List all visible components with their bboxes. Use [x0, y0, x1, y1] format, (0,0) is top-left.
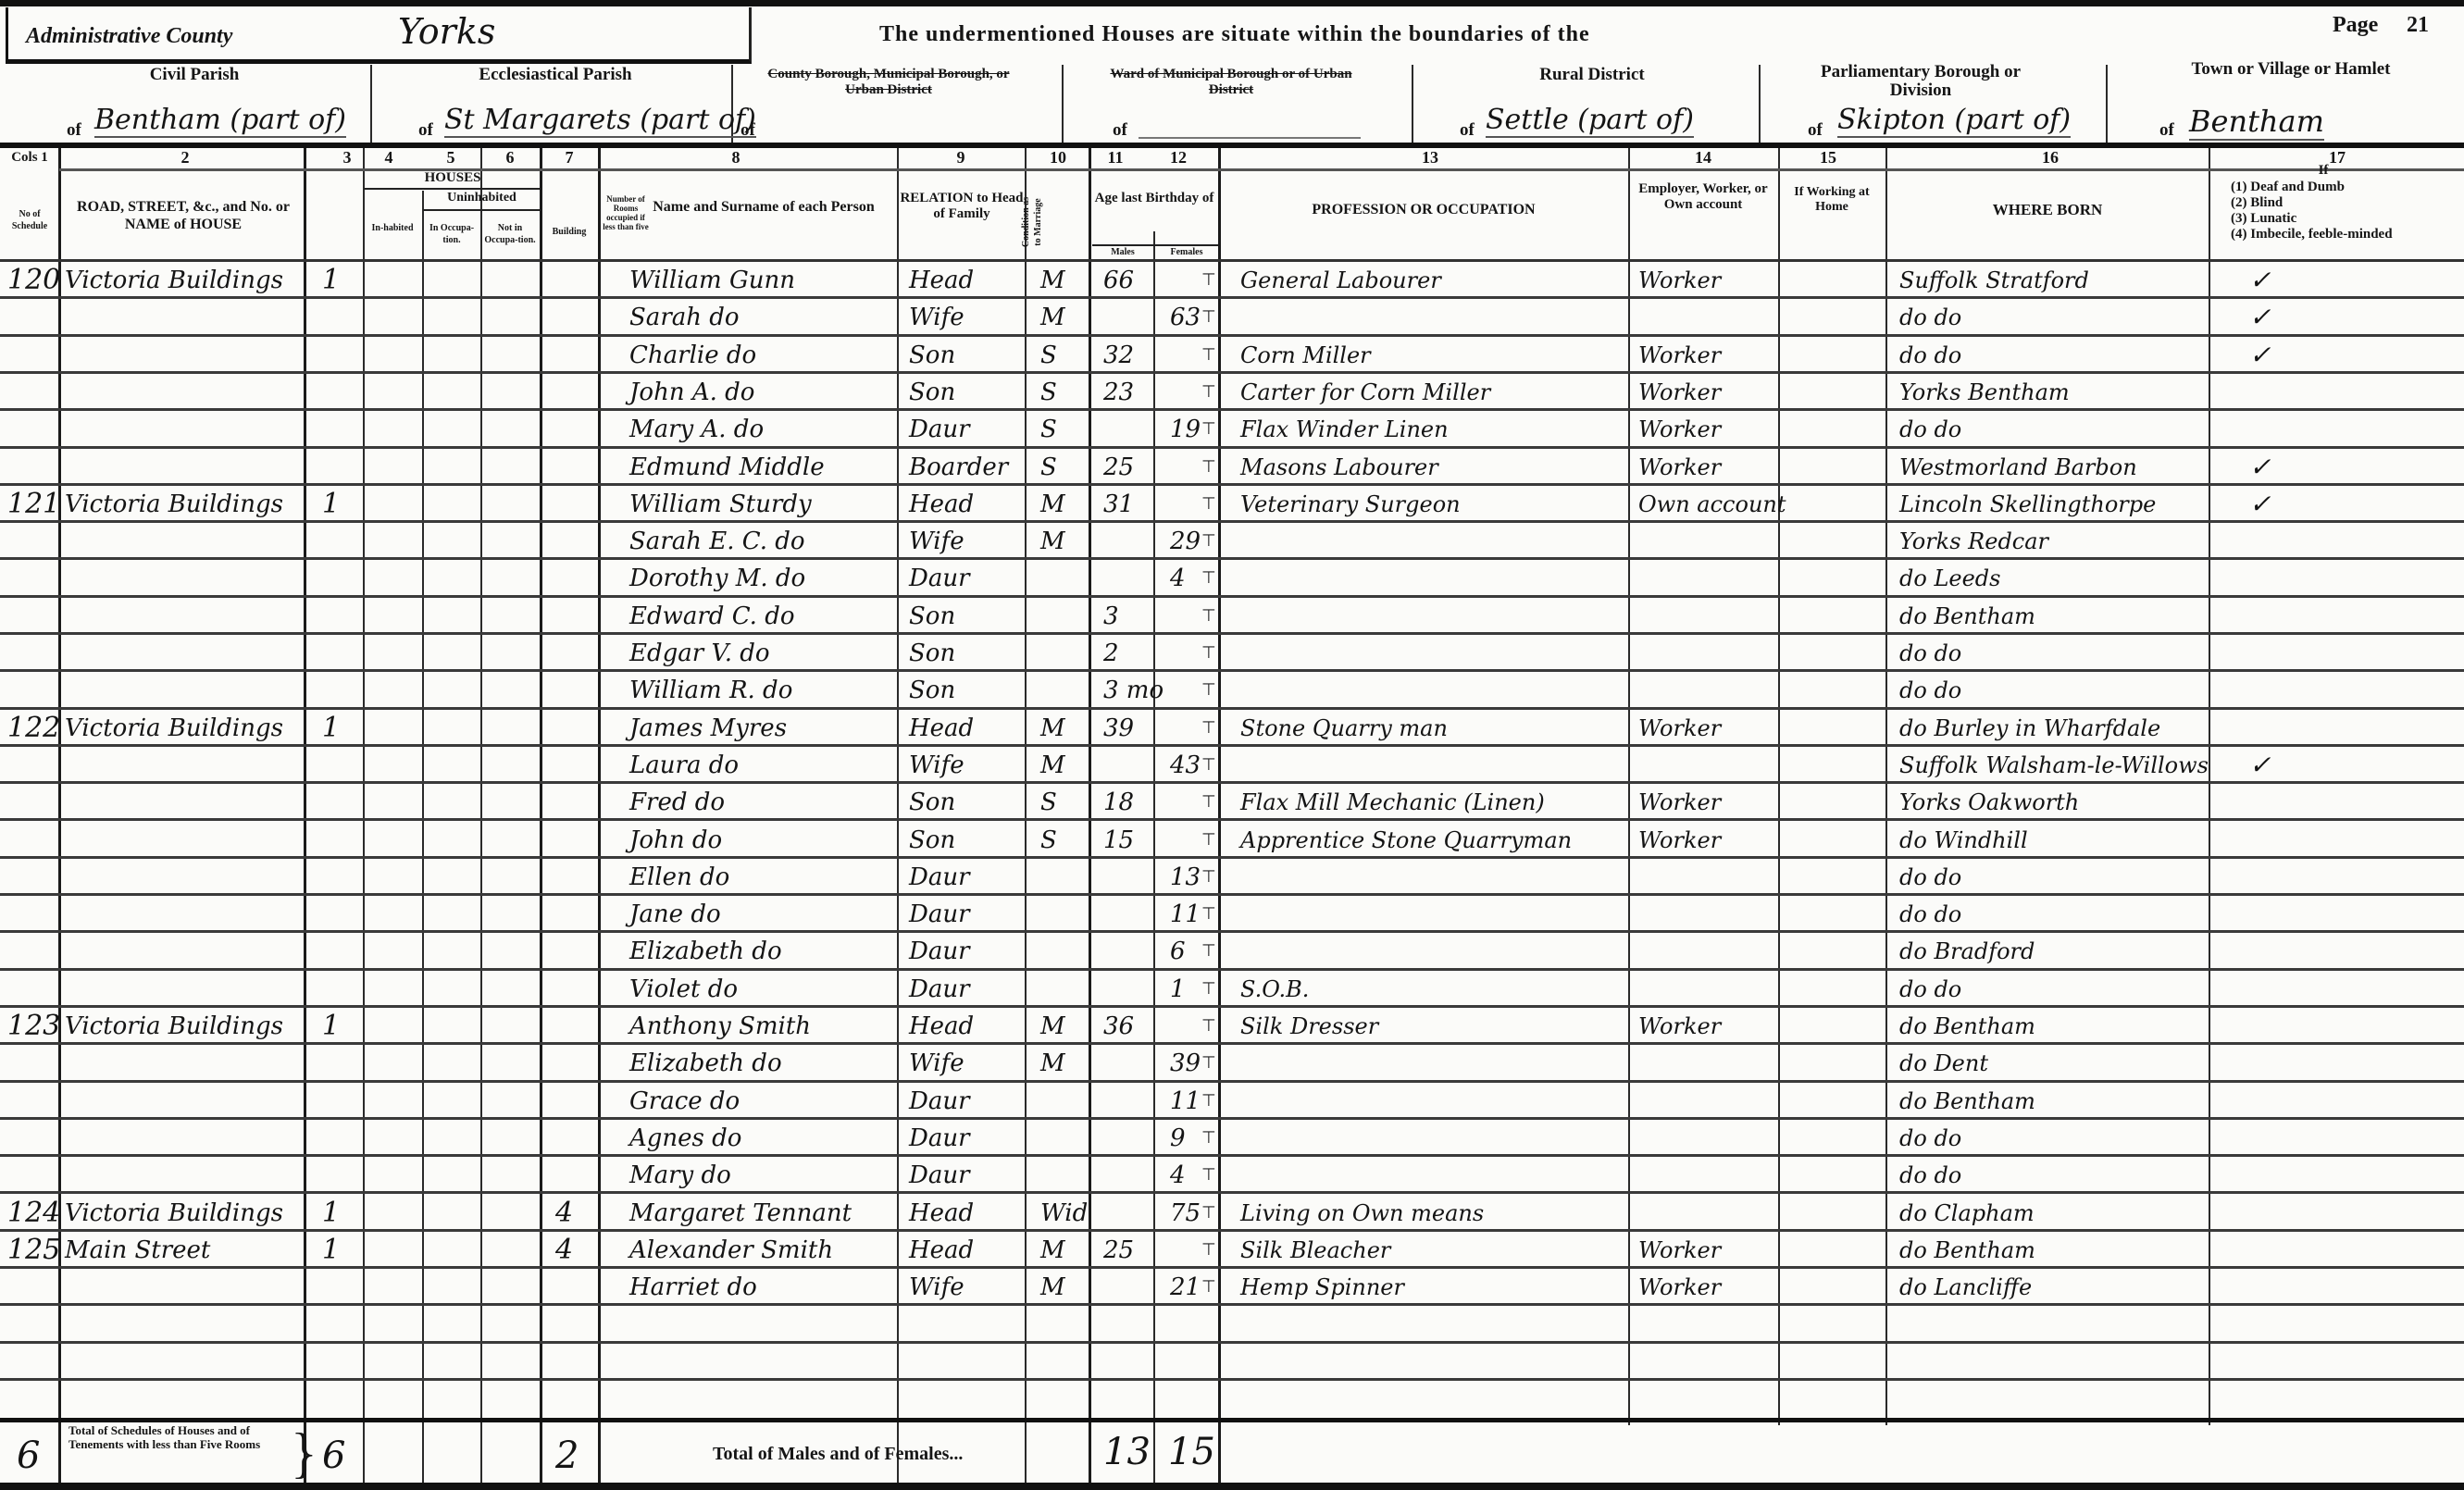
col-num: 2 — [139, 148, 231, 168]
marital-condition — [1040, 971, 1087, 1008]
schedule-number — [7, 1045, 59, 1082]
col-num: Cols 1 — [2, 150, 57, 166]
header-condition: Condition as to Marriage — [1020, 192, 1044, 252]
person-name: William Sturdy — [629, 486, 896, 523]
tally-tick-icon: ⊤ — [1201, 1083, 1216, 1120]
rooms-count — [555, 337, 592, 374]
male-age: 25 — [1103, 449, 1153, 486]
rooms-count — [555, 672, 592, 709]
working-at-home — [1783, 523, 1885, 560]
page-label: Page — [2333, 13, 2378, 38]
table-row: Mary A. doDaurS19Flax Winder LinenWorker… — [0, 411, 2464, 448]
relation: Head — [909, 1195, 1024, 1232]
rooms-count — [555, 411, 592, 448]
working-at-home — [1783, 1083, 1885, 1120]
tally-tick-icon: ⊤ — [1201, 784, 1216, 821]
male-age — [1103, 896, 1153, 933]
male-age: 3 mo — [1103, 672, 1153, 709]
tally-tick-icon: ⊤ — [1201, 374, 1216, 411]
address — [65, 822, 361, 859]
parliamentary-borough-label: Parliamentary Borough or Division — [1800, 63, 2041, 100]
male-age: 66 — [1103, 262, 1153, 299]
relation: Daur — [909, 560, 1024, 597]
schedule-number — [7, 672, 59, 709]
infirmity-mark — [2249, 710, 2305, 747]
rooms-count — [555, 822, 592, 859]
birthplace: Suffolk Walsham-le-Willows — [1899, 747, 2205, 784]
infirmity-mark — [2249, 1120, 2305, 1157]
rooms-count — [555, 523, 592, 560]
rooms-count — [555, 1083, 592, 1120]
schedule-number — [7, 598, 59, 635]
male-age: 39 — [1103, 710, 1153, 747]
male-age — [1103, 1120, 1153, 1157]
admin-county-value: Yorks — [398, 11, 495, 52]
male-age — [1103, 560, 1153, 597]
inhabited-count — [322, 1157, 359, 1194]
employment-status: Worker — [1638, 710, 1777, 747]
col-num: 10 — [1044, 148, 1072, 168]
working-at-home — [1783, 1157, 1885, 1194]
tally-tick-icon: ⊤ — [1201, 635, 1216, 672]
person-name: Fred do — [629, 784, 896, 821]
employment-status — [1638, 560, 1777, 597]
address — [65, 896, 361, 933]
employment-status: Worker — [1638, 1269, 1777, 1306]
address — [65, 374, 361, 411]
tally-tick-icon: ⊤ — [1201, 1195, 1216, 1232]
working-at-home — [1783, 1269, 1885, 1306]
working-at-home — [1783, 933, 1885, 970]
rooms-count — [555, 560, 592, 597]
working-at-home — [1783, 747, 1885, 784]
rooms-count — [555, 859, 592, 896]
relation: Son — [909, 635, 1024, 672]
birthplace: do Bentham — [1899, 1008, 2205, 1045]
marital-condition: M — [1040, 486, 1087, 523]
working-at-home — [1783, 896, 1885, 933]
county-borough-label: County Borough, Municipal Borough, or Ur… — [750, 67, 1027, 98]
inhabited-count — [322, 971, 359, 1008]
occupation: Flax Winder Linen — [1240, 411, 1627, 448]
schedule-number: 122 — [7, 710, 59, 747]
inhabited-count: 1 — [322, 1195, 359, 1232]
male-age: 23 — [1103, 374, 1153, 411]
male-age — [1103, 1195, 1153, 1232]
tally-tick-icon: ⊤ — [1201, 1120, 1216, 1157]
birthplace: Westmorland Barbon — [1899, 449, 2205, 486]
person-name: Elizabeth do — [629, 933, 896, 970]
divider — [2106, 65, 2108, 144]
table-row: 123Victoria Buildings1Anthony SmithHeadM… — [0, 1008, 2464, 1045]
schedule-number — [7, 971, 59, 1008]
person-name: Charlie do — [629, 337, 896, 374]
working-at-home — [1783, 299, 1885, 336]
header-building: Building — [541, 226, 597, 238]
address — [65, 1083, 361, 1120]
infirmity-mark — [2249, 896, 2305, 933]
occupation — [1240, 933, 1627, 970]
employment-status: Worker — [1638, 784, 1777, 821]
relation: Son — [909, 374, 1024, 411]
occupation: S.O.B. — [1240, 971, 1627, 1008]
schedule-number — [7, 560, 59, 597]
inhabited-count — [322, 1120, 359, 1157]
schedule-number — [7, 859, 59, 896]
relation: Wife — [909, 747, 1024, 784]
address — [65, 784, 361, 821]
address: Victoria Buildings — [65, 1008, 361, 1045]
tally-tick-icon: ⊤ — [1201, 896, 1216, 933]
address — [65, 747, 361, 784]
birthplace: do do — [1899, 299, 2205, 336]
infirmity-mark — [2249, 1195, 2305, 1232]
birthplace: do Bentham — [1899, 1232, 2205, 1269]
table-row: Agnes doDaur9do do⊤ — [0, 1120, 2464, 1157]
inhabited-count — [322, 672, 359, 709]
marital-condition — [1040, 672, 1087, 709]
male-age — [1103, 1045, 1153, 1082]
header-males: Males — [1092, 246, 1153, 258]
occupation — [1240, 859, 1627, 896]
table-row: Edward C. doSon3do Bentham⊤ — [0, 598, 2464, 635]
employment-status: Worker — [1638, 262, 1777, 299]
page-number: 21 — [2407, 13, 2429, 38]
occupation: Masons Labourer — [1240, 449, 1627, 486]
schedule-number — [7, 299, 59, 336]
working-at-home — [1783, 598, 1885, 635]
infirmity-mark — [2249, 635, 2305, 672]
person-name: Edward C. do — [629, 598, 896, 635]
person-name: Elizabeth do — [629, 1045, 896, 1082]
table-row: John doSonS15Apprentice Stone QuarrymanW… — [0, 822, 2464, 859]
header-relation: RELATION to Head of Family — [900, 191, 1024, 222]
person-name: Laura do — [629, 747, 896, 784]
inhabited-count — [322, 411, 359, 448]
relation: Son — [909, 337, 1024, 374]
marital-condition: S — [1040, 374, 1087, 411]
tally-tick-icon: ⊤ — [1201, 971, 1216, 1008]
address: Victoria Buildings — [65, 262, 361, 299]
brace: } — [291, 1422, 317, 1485]
schedule-number — [7, 1083, 59, 1120]
working-at-home — [1783, 560, 1885, 597]
employment-status: Worker — [1638, 337, 1777, 374]
col-num: 3 — [333, 148, 361, 168]
birthplace: do do — [1899, 411, 2205, 448]
col-num: 4 — [375, 148, 403, 168]
occupation: Veterinary Surgeon — [1240, 486, 1627, 523]
occupation: Silk Bleacher — [1240, 1232, 1627, 1269]
tally-tick-icon: ⊤ — [1201, 1045, 1216, 1082]
town-village-label: Town or Village or Hamlet — [2138, 63, 2444, 75]
table-row: 120Victoria Buildings1William GunnHeadM6… — [0, 262, 2464, 299]
working-at-home — [1783, 449, 1885, 486]
tally-tick-icon: ⊤ — [1201, 523, 1216, 560]
working-at-home — [1783, 784, 1885, 821]
working-at-home — [1783, 1045, 1885, 1082]
birthplace: do do — [1899, 635, 2205, 672]
rooms-count — [555, 896, 592, 933]
header-uninhabited: Uninhabited — [424, 192, 540, 204]
infirmity-mark — [2249, 598, 2305, 635]
inhabited-count — [322, 822, 359, 859]
infirmity-mark: ✓ — [2249, 337, 2305, 374]
tally-tick-icon: ⊤ — [1201, 822, 1216, 859]
address: Victoria Buildings — [65, 1195, 361, 1232]
rooms-count — [555, 933, 592, 970]
header-lunatic: (3) Lunatic — [2231, 211, 2296, 227]
relation: Wife — [909, 1045, 1024, 1082]
col-num: 14 — [1689, 148, 1717, 168]
civil-parish-label: Civil Parish — [74, 68, 315, 81]
person-name: Agnes do — [629, 1120, 896, 1157]
working-at-home — [1783, 374, 1885, 411]
table-row: Sarah E. C. doWifeM29Yorks Redcar⊤ — [0, 523, 2464, 560]
inhabited-count: 1 — [322, 1008, 359, 1045]
relation: Wife — [909, 523, 1024, 560]
header-age: Age last Birthday of — [1092, 191, 1216, 206]
blank-line — [1139, 137, 1361, 139]
marital-condition: M — [1040, 1045, 1087, 1082]
address — [65, 1157, 361, 1194]
infirmity-mark — [2249, 1083, 2305, 1120]
male-age — [1103, 1157, 1153, 1194]
header-imbecile: (4) Imbecile, feeble-minded — [2231, 227, 2444, 242]
address — [65, 859, 361, 896]
table-row: Jane doDaur11do do⊤ — [0, 896, 2464, 933]
rooms-total: 2 — [555, 1434, 579, 1477]
address — [65, 672, 361, 709]
table-row: John A. doSonS23Carter for Corn MillerWo… — [0, 374, 2464, 411]
working-at-home — [1783, 486, 1885, 523]
schedule-number — [7, 747, 59, 784]
employment-status: Worker — [1638, 449, 1777, 486]
rooms-count — [555, 1045, 592, 1082]
working-at-home — [1783, 337, 1885, 374]
infirmity-mark — [2249, 933, 2305, 970]
inhabited-count — [322, 523, 359, 560]
schedule-number — [7, 1157, 59, 1194]
table-row: Elizabeth doDaur6do Bradford⊤ — [0, 933, 2464, 970]
col-num: 8 — [722, 148, 750, 168]
col-num: 7 — [555, 148, 583, 168]
occupation — [1240, 523, 1627, 560]
employment-status — [1638, 672, 1777, 709]
occupation — [1240, 747, 1627, 784]
working-at-home — [1783, 411, 1885, 448]
infirmity-mark — [2249, 822, 2305, 859]
rooms-count — [555, 635, 592, 672]
working-at-home — [1783, 859, 1885, 896]
employment-status — [1638, 1195, 1777, 1232]
table-row: Edmund MiddleBoarderS25Masons LabourerWo… — [0, 449, 2464, 486]
person-name: Alexander Smith — [629, 1232, 896, 1269]
inhabited-count — [322, 449, 359, 486]
marital-condition — [1040, 1083, 1087, 1120]
marital-condition — [1040, 1120, 1087, 1157]
employment-status — [1638, 747, 1777, 784]
tally-tick-icon: ⊤ — [1201, 337, 1216, 374]
inhabited-count — [322, 635, 359, 672]
working-at-home — [1783, 1008, 1885, 1045]
tally-tick-icon: ⊤ — [1201, 747, 1216, 784]
marital-condition: S — [1040, 784, 1087, 821]
admin-county-label: Administrative County — [26, 24, 232, 49]
marital-condition — [1040, 1157, 1087, 1194]
table-row: Fred doSonS18Flax Mill Mechanic (Linen)W… — [0, 784, 2464, 821]
intro-text: The undermentioned Houses are situate wi… — [879, 22, 1590, 47]
employment-status — [1638, 1083, 1777, 1120]
inhabited-count — [322, 598, 359, 635]
inhabited-count: 1 — [322, 1232, 359, 1269]
occupation: Silk Dresser — [1240, 1008, 1627, 1045]
rooms-count — [555, 374, 592, 411]
relation: Son — [909, 784, 1024, 821]
address — [65, 523, 361, 560]
address — [65, 971, 361, 1008]
person-name: Jane do — [629, 896, 896, 933]
relation: Wife — [909, 1269, 1024, 1306]
header-where-born: WHERE BORN — [1888, 204, 2207, 216]
header-road: ROAD, STREET, &c., and No. or NAME of HO… — [65, 198, 302, 233]
marital-condition — [1040, 598, 1087, 635]
table-row: 121Victoria Buildings1William SturdyHead… — [0, 486, 2464, 523]
working-at-home — [1783, 262, 1885, 299]
relation: Daur — [909, 933, 1024, 970]
schedules-total: 6 — [17, 1434, 40, 1477]
person-name: Harriet do — [629, 1269, 896, 1306]
marital-condition: M — [1040, 1232, 1087, 1269]
table-row: William R. doSon3 modo do⊤ — [0, 672, 2464, 709]
col-num: 6 — [496, 148, 524, 168]
person-name: Anthony Smith — [629, 1008, 896, 1045]
infirmity-mark — [2249, 411, 2305, 448]
footer-rule — [0, 1418, 2464, 1422]
infirmity-mark — [2249, 859, 2305, 896]
working-at-home — [1783, 710, 1885, 747]
of-prefix: of — [1113, 120, 1127, 141]
tally-tick-icon: ⊤ — [1201, 1157, 1216, 1194]
males-females-total-label: Total of Males and of Females... — [713, 1444, 963, 1465]
table-row: Grace doDaur11do Bentham⊤ — [0, 1083, 2464, 1120]
inhabited-count: 1 — [322, 262, 359, 299]
inhabited-count — [322, 374, 359, 411]
divider — [1412, 65, 1413, 144]
town-village-value: Bentham — [2189, 104, 2324, 141]
infirmity-mark: ✓ — [2249, 486, 2305, 523]
address — [65, 337, 361, 374]
row-rule — [0, 1341, 2464, 1344]
birthplace: do do — [1899, 859, 2205, 896]
infirmity-mark — [2249, 560, 2305, 597]
rooms-count — [555, 262, 592, 299]
infirmity-mark — [2249, 374, 2305, 411]
col-num: 15 — [1814, 148, 1842, 168]
inhabited-count: 1 — [322, 710, 359, 747]
of-prefix: of — [740, 120, 755, 141]
birthplace: do Dent — [1899, 1045, 2205, 1082]
header-schedule: No of Schedule — [2, 208, 57, 232]
col-num: 12 — [1164, 148, 1192, 168]
person-name: Mary do — [629, 1157, 896, 1194]
table-row: Dorothy M. doDaur4do Leeds⊤ — [0, 560, 2464, 597]
header-in-occupation: In Occupa-tion. — [426, 222, 478, 246]
infirmity-mark: ✓ — [2249, 262, 2305, 299]
inhabited-count: 1 — [322, 486, 359, 523]
table-row: Elizabeth doWifeM39do Dent⊤ — [0, 1045, 2464, 1082]
marital-condition: S — [1040, 449, 1087, 486]
col-num: 9 — [947, 148, 975, 168]
address — [65, 411, 361, 448]
male-age — [1103, 747, 1153, 784]
birthplace: do Lancliffe — [1899, 1269, 2205, 1306]
schedule-number: 123 — [7, 1008, 59, 1045]
occupation: Apprentice Stone Quarryman — [1240, 822, 1627, 859]
infirmity-mark — [2249, 1269, 2305, 1306]
birthplace: Lincoln Skellingthorpe — [1899, 486, 2205, 523]
employment-status — [1638, 971, 1777, 1008]
occupation — [1240, 1157, 1627, 1194]
civil-parish-value: Bentham (part of) — [94, 104, 346, 138]
person-name: Margaret Tennant — [629, 1195, 896, 1232]
table-row: Laura doWifeM43Suffolk Walsham-le-Willow… — [0, 747, 2464, 784]
tally-tick-icon: ⊤ — [1201, 859, 1216, 896]
of-prefix: of — [1460, 120, 1475, 141]
col-num: 11 — [1101, 148, 1129, 168]
occupation: Living on Own means — [1240, 1195, 1627, 1232]
rooms-count — [555, 1157, 592, 1194]
schedule-number: 121 — [7, 486, 59, 523]
tally-tick-icon: ⊤ — [1201, 560, 1216, 597]
person-name: Sarah E. C. do — [629, 523, 896, 560]
male-age — [1103, 411, 1153, 448]
male-age — [1103, 523, 1153, 560]
relation: Wife — [909, 299, 1024, 336]
header-occupation: PROFESSION OR OCCUPATION — [1222, 204, 1625, 216]
females-total: 15 — [1168, 1431, 1215, 1473]
person-name: Violet do — [629, 971, 896, 1008]
rule — [364, 188, 540, 190]
relation: Boarder — [909, 449, 1024, 486]
inhabited-count — [322, 896, 359, 933]
person-name: John A. do — [629, 374, 896, 411]
infirmity-mark: ✓ — [2249, 747, 2305, 784]
tally-tick-icon: ⊤ — [1201, 1008, 1216, 1045]
marital-condition: M — [1040, 1008, 1087, 1045]
schedules-total-label: Total of Schedules of Houses and of Tene… — [68, 1423, 291, 1451]
ward-label: Ward of Municipal Borough or of Urban Di… — [1092, 67, 1370, 98]
birthplace: do Windhill — [1899, 822, 2205, 859]
rooms-count: 4 — [555, 1232, 592, 1269]
divider — [1759, 65, 1761, 144]
table-row: 125Main Street14Alexander SmithHeadM25Si… — [0, 1232, 2464, 1269]
tally-tick-icon: ⊤ — [1201, 299, 1216, 336]
person-name: William R. do — [629, 672, 896, 709]
males-total: 13 — [1103, 1431, 1151, 1473]
male-age — [1103, 299, 1153, 336]
working-at-home — [1783, 672, 1885, 709]
employment-status — [1638, 598, 1777, 635]
header-at-home: If Working at Home — [1781, 185, 1883, 215]
infirmity-mark: ✓ — [2249, 299, 2305, 336]
rooms-count — [555, 710, 592, 747]
header-houses: HOUSES — [366, 172, 540, 184]
rule — [423, 209, 540, 211]
address — [65, 1120, 361, 1157]
birthplace: do do — [1899, 971, 2205, 1008]
relation: Son — [909, 598, 1024, 635]
